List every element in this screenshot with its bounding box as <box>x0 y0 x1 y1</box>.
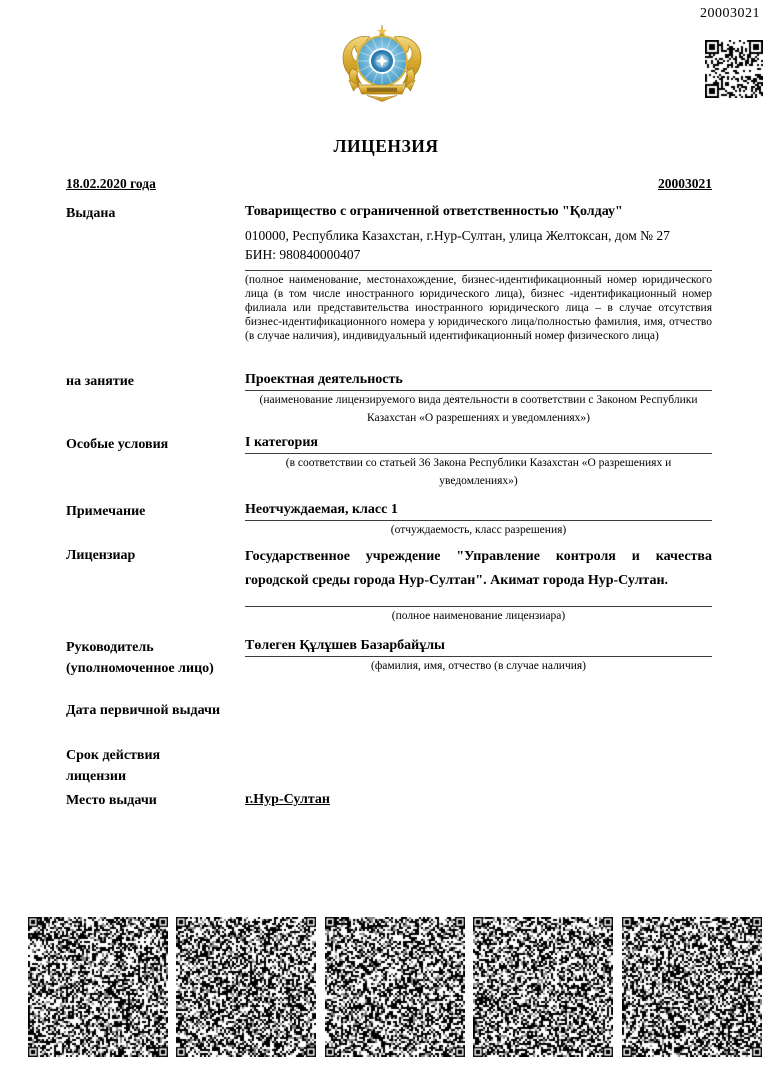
issued-org-name: Товарищество с ограниченной ответственно… <box>245 203 712 220</box>
section-validity-period: Срок действия лицензии <box>66 745 712 787</box>
section-special-conditions: Особые условия I категория (в соответств… <box>66 434 712 490</box>
validity-label-line1: Срок действия <box>66 745 245 766</box>
section-activity: на занятие Проектная деятельность (наиме… <box>66 371 712 427</box>
issued-note: (полное наименование, местонахождение, б… <box>245 271 712 344</box>
issued-org-bin: БИН: 980840000407 <box>245 245 712 264</box>
qr-code-icon <box>705 40 763 98</box>
emblem-svg <box>337 22 427 109</box>
section-place-of-issue: Место выдачи г.Нур-Султан <box>66 790 712 811</box>
page-title: ЛИЦЕНЗИЯ <box>0 136 772 157</box>
data-matrix-barcode-4 <box>473 917 613 1057</box>
field-label-activity: на занятие <box>66 371 245 392</box>
licensor-value: Государственное учреждение "Управление к… <box>245 545 712 593</box>
doc-number-top: 20003021 <box>700 6 760 22</box>
section-remark: Примечание Неотчуждаемая, класс 1 (отчуж… <box>66 501 712 540</box>
head-label-line2: (уполномоченное лицо) <box>66 658 245 679</box>
field-label-place: Место выдачи <box>66 790 245 811</box>
qr-code-canvas <box>705 40 763 98</box>
special-value: I категория <box>245 434 712 451</box>
section-licensor: Лицензиар Государственное учреждение "Уп… <box>66 545 712 626</box>
issued-org-address: 010000, Республика Казахстан, г.Нур-Султ… <box>245 226 712 245</box>
head-label-line1: Руководитель <box>66 637 245 658</box>
field-label-first-issue: Дата первичной выдачи <box>66 700 296 721</box>
field-label-head: Руководитель (уполномоченное лицо) <box>66 637 245 679</box>
activity-value: Проектная деятельность <box>245 371 712 388</box>
licensor-note: (полное наименование лицензиара) <box>245 607 712 626</box>
remark-value: Неотчуждаемая, класс 1 <box>245 501 712 518</box>
section-first-issue-date: Дата первичной выдачи <box>66 700 712 721</box>
special-note: (в соответствии со статьей 36 Закона Рес… <box>245 454 712 490</box>
remark-note: (отчуждаемость, класс разрешения) <box>245 521 712 540</box>
field-label-licensor: Лицензиар <box>66 545 245 566</box>
field-label-remark: Примечание <box>66 501 245 522</box>
activity-note: (наименование лицензируемого вида деятел… <box>245 391 712 427</box>
data-matrix-barcode-3 <box>325 917 465 1057</box>
data-matrix-barcode-2 <box>176 917 316 1057</box>
head-value: Төлеген Құлұшев Базарбайұлы <box>245 637 712 654</box>
place-value: г.Нур-Султан <box>245 792 330 807</box>
kazakhstan-coat-of-arms-icon <box>337 22 427 112</box>
section-head: Руководитель (уполномоченное лицо) Төлег… <box>66 637 712 679</box>
license-number: 20003021 <box>658 176 712 192</box>
field-label-issued: Выдана <box>66 203 245 224</box>
section-issued-to: Выдана Товарищество с ограниченной ответ… <box>66 203 712 344</box>
license-document-page: 20003021 <box>0 0 772 1092</box>
field-label-validity: Срок действия лицензии <box>66 745 245 787</box>
field-label-special: Особые условия <box>66 434 245 455</box>
date-number-row: 18.02.2020 года 20003021 <box>66 176 712 192</box>
validity-label-line2: лицензии <box>66 766 245 787</box>
data-matrix-barcode-strip <box>0 917 772 1059</box>
data-matrix-barcode-5 <box>622 917 762 1057</box>
head-note: (фамилия, имя, отчество (в случае наличи… <box>245 657 712 676</box>
issue-date: 18.02.2020 года <box>66 176 156 192</box>
data-matrix-barcode-1 <box>28 917 168 1057</box>
